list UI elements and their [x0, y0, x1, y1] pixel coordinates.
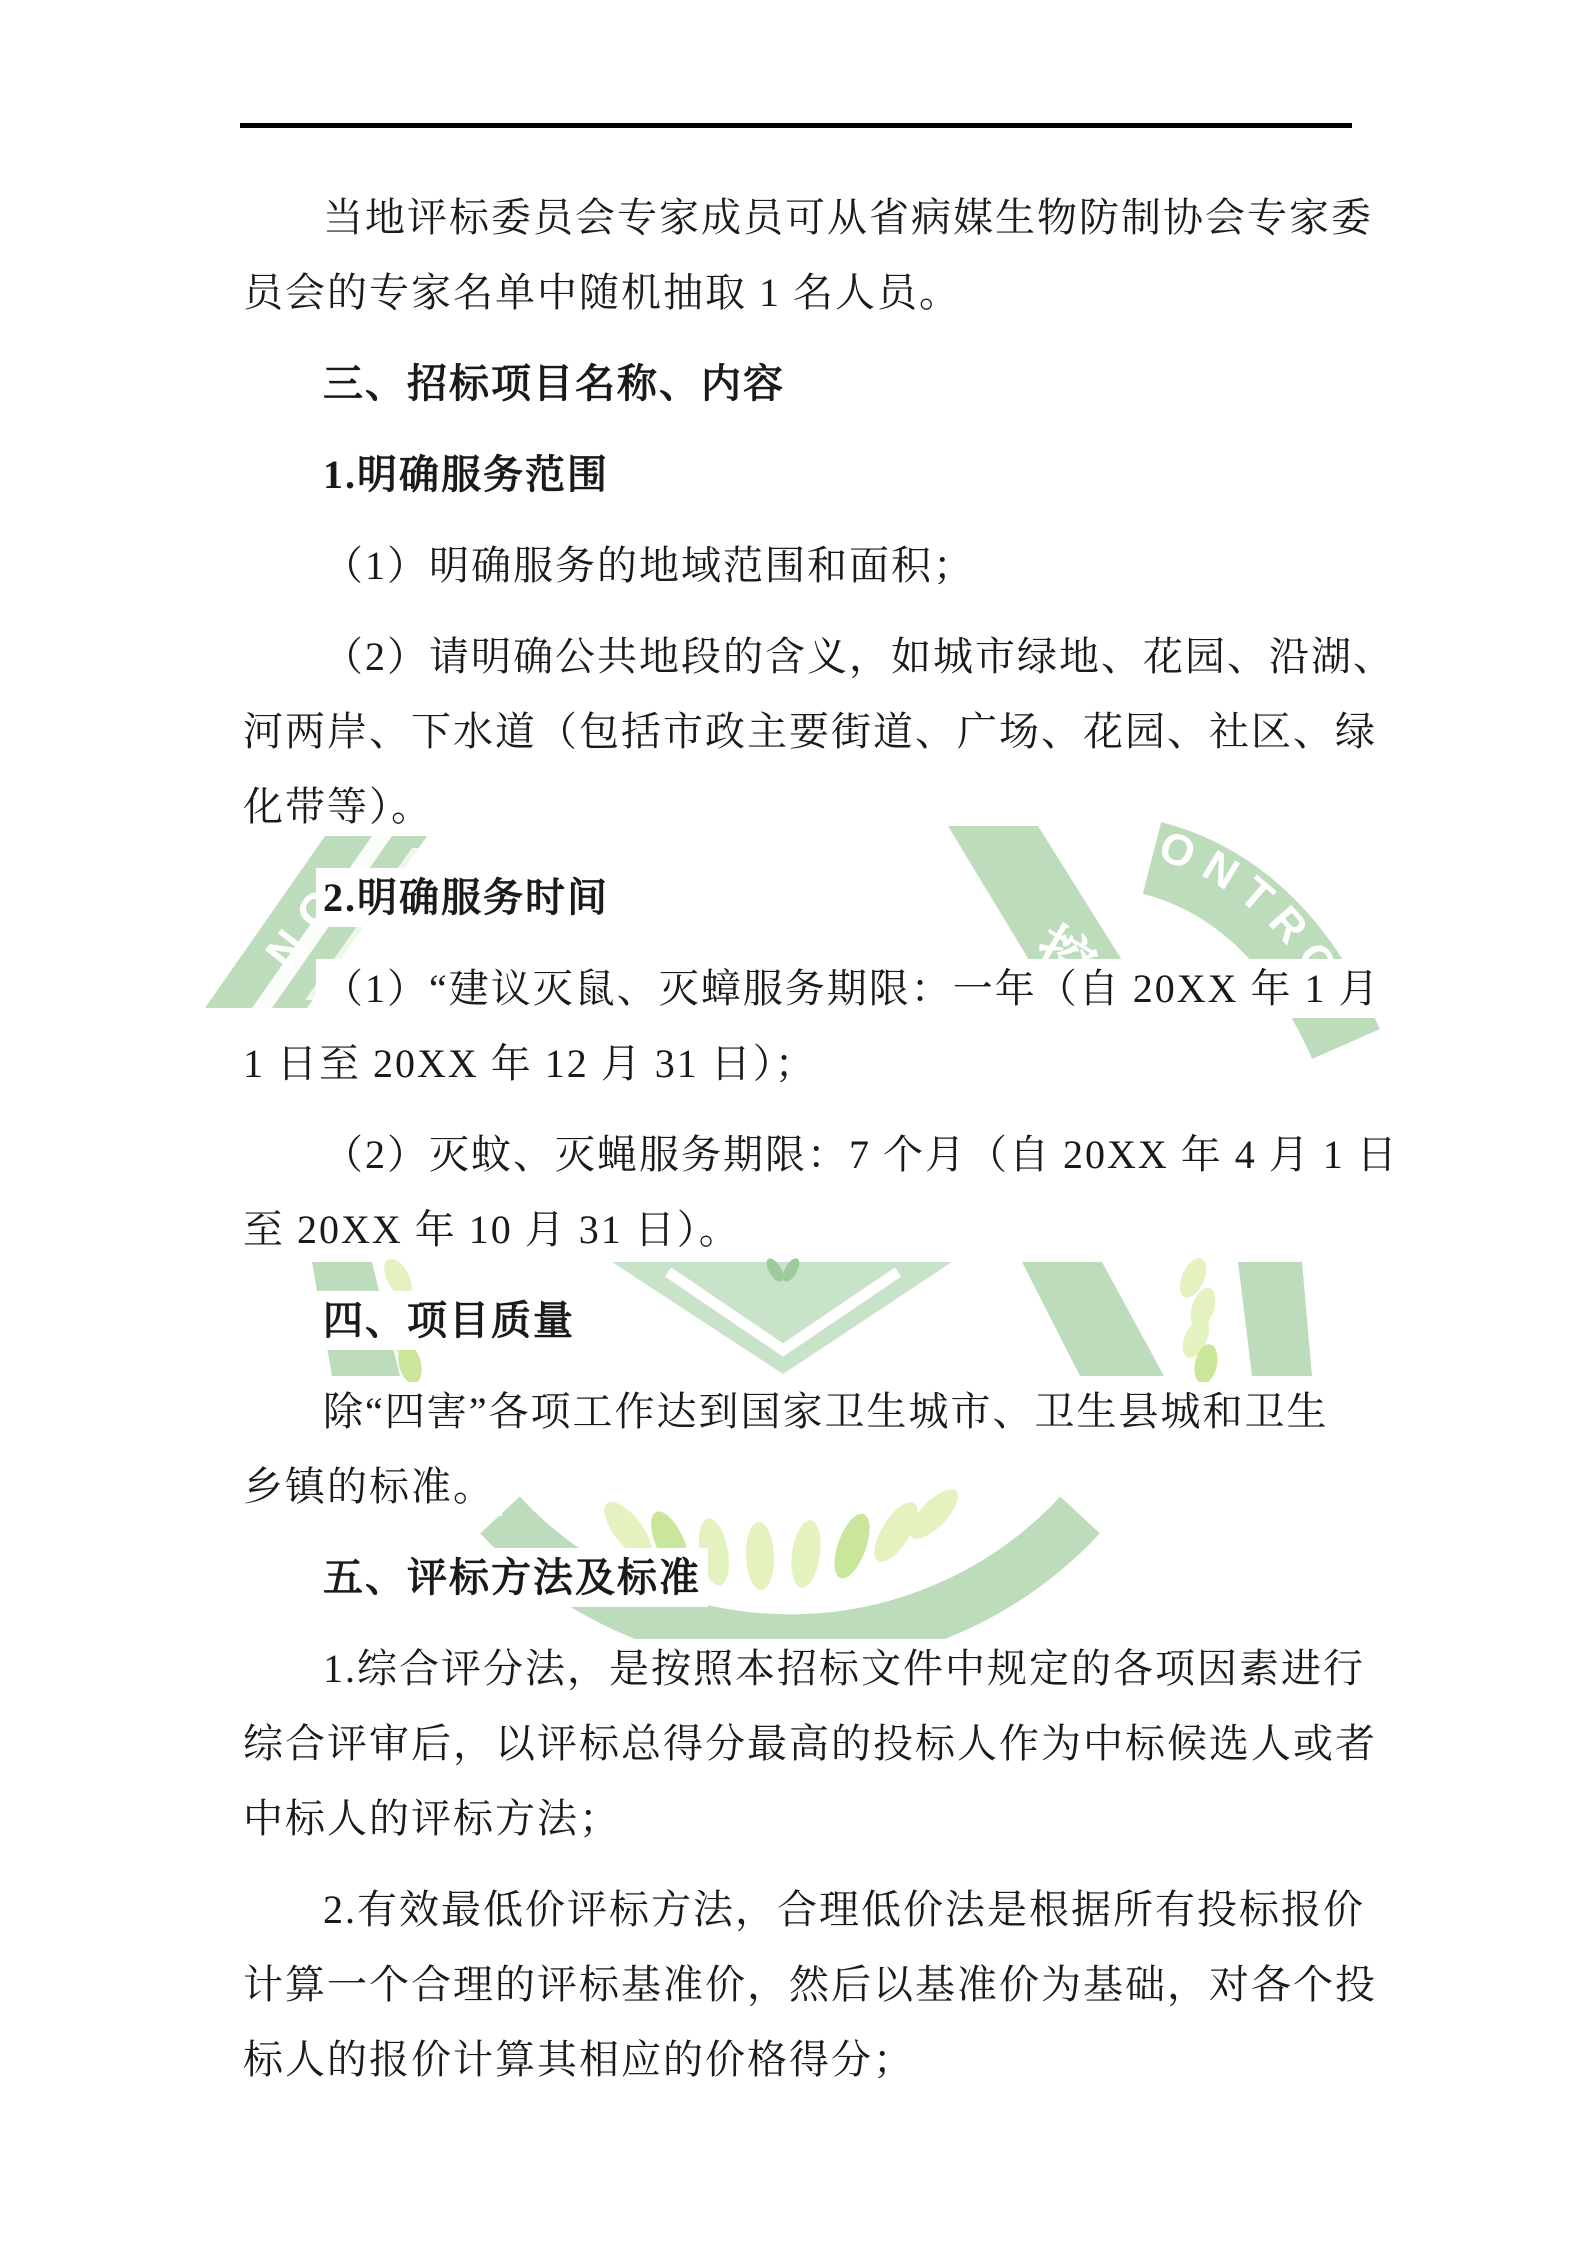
header-rule	[240, 123, 1352, 128]
section-heading: 五、评标方法及标准	[243, 1540, 1363, 1615]
paragraph: （2）灭蚊、灭蝇服务期限：7 个月（自 20XX 年 4 月 1 日 至 20X…	[243, 1117, 1363, 1267]
section-heading: 三、招标项目名称、内容	[243, 346, 1363, 421]
doc-line: （2）灭蚊、灭蝇服务期限：7 个月（自 20XX 年 4 月 1 日	[243, 1117, 1363, 1192]
doc-line: 2.有效最低价评标方法，合理低价法是根据所有投标报价	[243, 1872, 1363, 1947]
paragraph: 1.综合评分法，是按照本招标文件中规定的各项因素进行 综合评审后，以评标总得分最…	[243, 1631, 1363, 1856]
paragraph: 当地评标委员会专家成员可从省病媒生物防制协会专家委 员会的专家名单中随机抽取 1…	[243, 180, 1363, 330]
doc-line: 2.明确服务时间	[243, 860, 1363, 935]
section-heading: 四、项目质量	[243, 1283, 1363, 1358]
paragraph: （2）请明确公共地段的含义，如城市绿地、花园、沿湖、 河两岸、下水道（包括市政主…	[243, 619, 1363, 844]
doc-line: 化带等）。	[243, 769, 1363, 844]
doc-line: （2）请明确公共地段的含义，如城市绿地、花园、沿湖、	[243, 619, 1363, 694]
paragraph: 2.有效最低价评标方法，合理低价法是根据所有投标报价 计算一个合理的评标基准价，…	[243, 1872, 1363, 2097]
paragraph: 除“四害”各项工作达到国家卫生城市、卫生县城和卫生 乡镇的标准。	[243, 1374, 1363, 1524]
doc-line: 中标人的评标方法；	[243, 1781, 1363, 1856]
doc-line: 当地评标委员会专家成员可从省病媒生物防制协会专家委	[243, 180, 1363, 255]
doc-line: 员会的专家名单中随机抽取 1 名人员。	[243, 255, 1363, 330]
paragraph: （1）明确服务的地域范围和面积；	[243, 528, 1363, 603]
doc-line: 1.综合评分法，是按照本招标文件中规定的各项因素进行	[243, 1631, 1363, 1706]
doc-line: 五、评标方法及标准	[243, 1540, 1363, 1615]
doc-line: （1）明确服务的地域范围和面积；	[243, 528, 1363, 603]
paragraph: （1）“建议灭鼠、灭蟑服务期限：一年（自 20XX 年 1 月 1 日至 20X…	[243, 951, 1363, 1101]
doc-line: 1 日至 20XX 年 12 月 31 日）；	[243, 1026, 1363, 1101]
sub-heading: 1.明确服务范围	[243, 437, 1363, 512]
doc-line: 三、招标项目名称、内容	[243, 346, 1363, 421]
document-page: NG 控 ONTRO	[0, 0, 1587, 2245]
doc-line: 至 20XX 年 10 月 31 日）。	[243, 1192, 1363, 1267]
doc-line: 1.明确服务范围	[243, 437, 1363, 512]
doc-line: 河两岸、下水道（包括市政主要街道、广场、花园、社区、绿	[243, 694, 1363, 769]
doc-line: 综合评审后，以评标总得分最高的投标人作为中标候选人或者	[243, 1706, 1363, 1781]
doc-line: 乡镇的标准。	[243, 1449, 1363, 1524]
doc-line: 四、项目质量	[243, 1283, 1363, 1358]
document-body: 当地评标委员会专家成员可从省病媒生物防制协会专家委 员会的专家名单中随机抽取 1…	[243, 180, 1363, 2113]
doc-line: （1）“建议灭鼠、灭蟑服务期限：一年（自 20XX 年 1 月	[243, 951, 1363, 1026]
doc-line: 除“四害”各项工作达到国家卫生城市、卫生县城和卫生	[243, 1374, 1363, 1449]
doc-line: 计算一个合理的评标基准价，然后以基准价为基础，对各个投	[243, 1947, 1363, 2022]
sub-heading: 2.明确服务时间	[243, 860, 1363, 935]
doc-line: 标人的报价计算其相应的价格得分；	[243, 2022, 1363, 2097]
